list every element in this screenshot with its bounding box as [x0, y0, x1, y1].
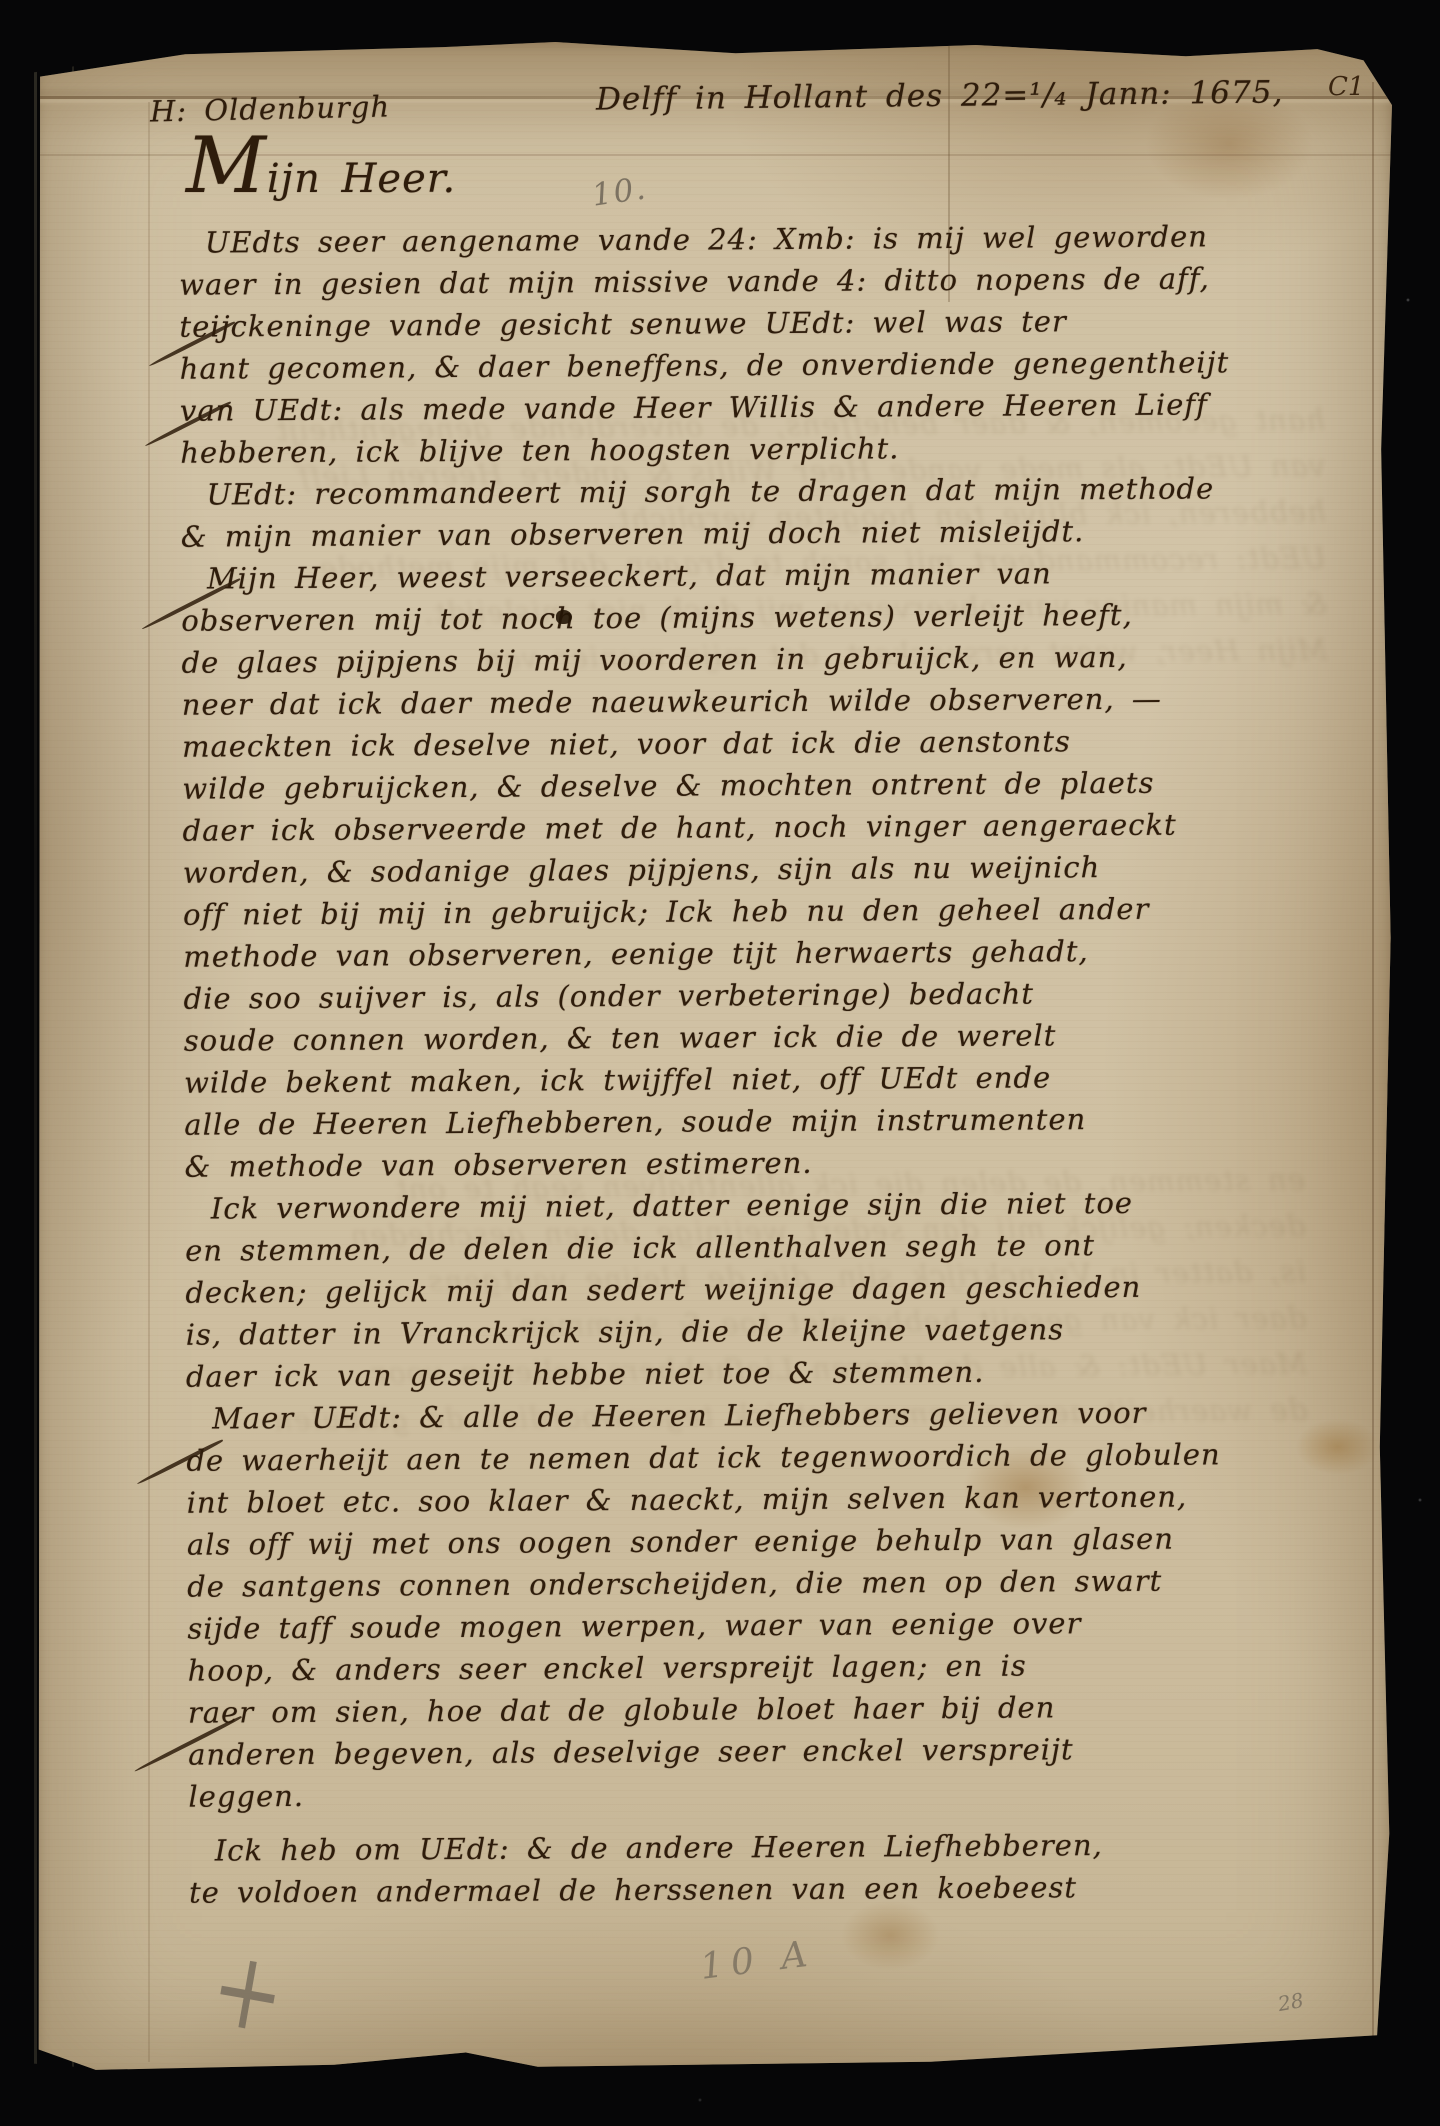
left-margin-fold — [148, 102, 150, 2062]
manuscript-line: de glaes pijpjens bij mij voorderen in g… — [181, 634, 1391, 683]
folio-mark: C1 — [1328, 72, 1364, 102]
manuscript-line: leggen. — [188, 1768, 1398, 1817]
manuscript-line: hebberen, ick blijve ten hoogsten verpli… — [180, 424, 1390, 473]
manuscript-line: te voldoen andermael de herssenen van ee… — [189, 1864, 1399, 1913]
manuscript-line: waer in gesien dat mijn missive vande 4:… — [179, 256, 1389, 305]
manuscript-line: wilde bekent maken, ick twijffel niet, o… — [184, 1054, 1394, 1103]
manuscript-line: teijckeninge vande gesicht senuwe UEdt: … — [179, 298, 1389, 347]
manuscript-line: neer dat ick daer mede naeuwkeurich wild… — [182, 676, 1392, 725]
manuscript-line: int bloet etc. soo klaer & naeckt, mijn … — [187, 1474, 1397, 1523]
manuscript-line: & methode van observeren estimeren. — [184, 1138, 1394, 1187]
letter-number-pencil: 10. — [590, 170, 650, 213]
manuscript-line: raer om sien, hoe dat de globule bloet h… — [188, 1684, 1398, 1733]
manuscript-line: methode van observeren, eenige tijt herw… — [183, 928, 1393, 977]
manuscript-line: is, datter in Vranckrijck sijn, die de k… — [186, 1306, 1396, 1355]
manuscript-line: maeckten ick deselve niet, voor dat ick … — [182, 718, 1392, 767]
salutation: Mijn Heer. — [186, 146, 456, 202]
manuscript-line: sijde taff soude mogen werpen, waer van … — [187, 1600, 1397, 1649]
manuscript-page: hant gecomen, & daer beneffens, de onver… — [36, 42, 1392, 2078]
manuscript-line: Maer UEdt: & alle de Heeren Liefhebbers … — [186, 1390, 1396, 1439]
manuscript-line: die soo suijver is, als (onder verbeteri… — [183, 970, 1393, 1019]
manuscript-line: & mijn manier van observeren mij doch ni… — [181, 508, 1391, 557]
ink-blot — [556, 610, 572, 624]
manuscript-line: observeren mij tot noch toe (mijns weten… — [181, 592, 1391, 641]
manuscript-line: de waerheijt aen te nemen dat ick tegenw… — [186, 1432, 1396, 1481]
manuscript-line: Ick verwondere mij niet, datter eenige s… — [185, 1180, 1395, 1229]
archivist-cross-pencil: + — [202, 1924, 295, 2060]
manuscript-line: Mijn Heer, weest verseeckert, dat mijn m… — [181, 550, 1391, 599]
manuscript-line: anderen begeven, als deselvige seer enck… — [188, 1726, 1398, 1775]
manuscript-line: en stemmen, de delen die ick allenthalve… — [185, 1222, 1395, 1271]
manuscript-line: soude connen worden, & ten waer ick die … — [184, 1012, 1394, 1061]
manuscript-scan: hant gecomen, & daer beneffens, de onver… — [0, 0, 1440, 2126]
manuscript-line: hant gecomen, & daer beneffens, de onver… — [180, 340, 1390, 389]
dateline: Delff in Hollant des 22=¹/₄ Jann: 1675, — [596, 74, 1284, 117]
manuscript-line: van UEdt: als mede vande Heer Willis & a… — [180, 382, 1390, 431]
letter-body: UEdts seer aengename vande 24: Xmb: is m… — [179, 214, 1399, 1913]
manuscript-line: daer ick observeerde met de hant, noch v… — [182, 802, 1392, 851]
manuscript-line: UEdt: recommandeert mij sorgh te dragen … — [180, 466, 1390, 515]
archivist-number-pencil: 10 A — [698, 1933, 817, 1988]
manuscript-line: worden, & sodanige glaes pijpjens, sijn … — [183, 844, 1393, 893]
manuscript-line: hoop, & anders seer enckel verspreijt la… — [188, 1642, 1398, 1691]
manuscript-line: alle de Heeren Liefhebberen, soude mijn … — [184, 1096, 1394, 1145]
manuscript-line: als off wij met ons oogen sonder eenige … — [187, 1516, 1397, 1565]
manuscript-line: Ick heb om UEdt: & de andere Heeren Lief… — [189, 1822, 1399, 1871]
manuscript-line: UEdts seer aengename vande 24: Xmb: is m… — [179, 214, 1389, 263]
manuscript-line: off niet bij mij in gebruijck; Ick heb n… — [183, 886, 1393, 935]
manuscript-line: de santgens connen onderscheijden, die m… — [187, 1558, 1397, 1607]
manuscript-line: wilde gebruijcken, & deselve & mochten o… — [182, 760, 1392, 809]
manuscript-line: daer ick van geseijt hebbe niet toe & st… — [186, 1348, 1396, 1397]
corner-page-number: 28 — [1276, 1988, 1305, 2016]
manuscript-line: decken; gelijck mij dan sedert weijnige … — [185, 1264, 1395, 1313]
